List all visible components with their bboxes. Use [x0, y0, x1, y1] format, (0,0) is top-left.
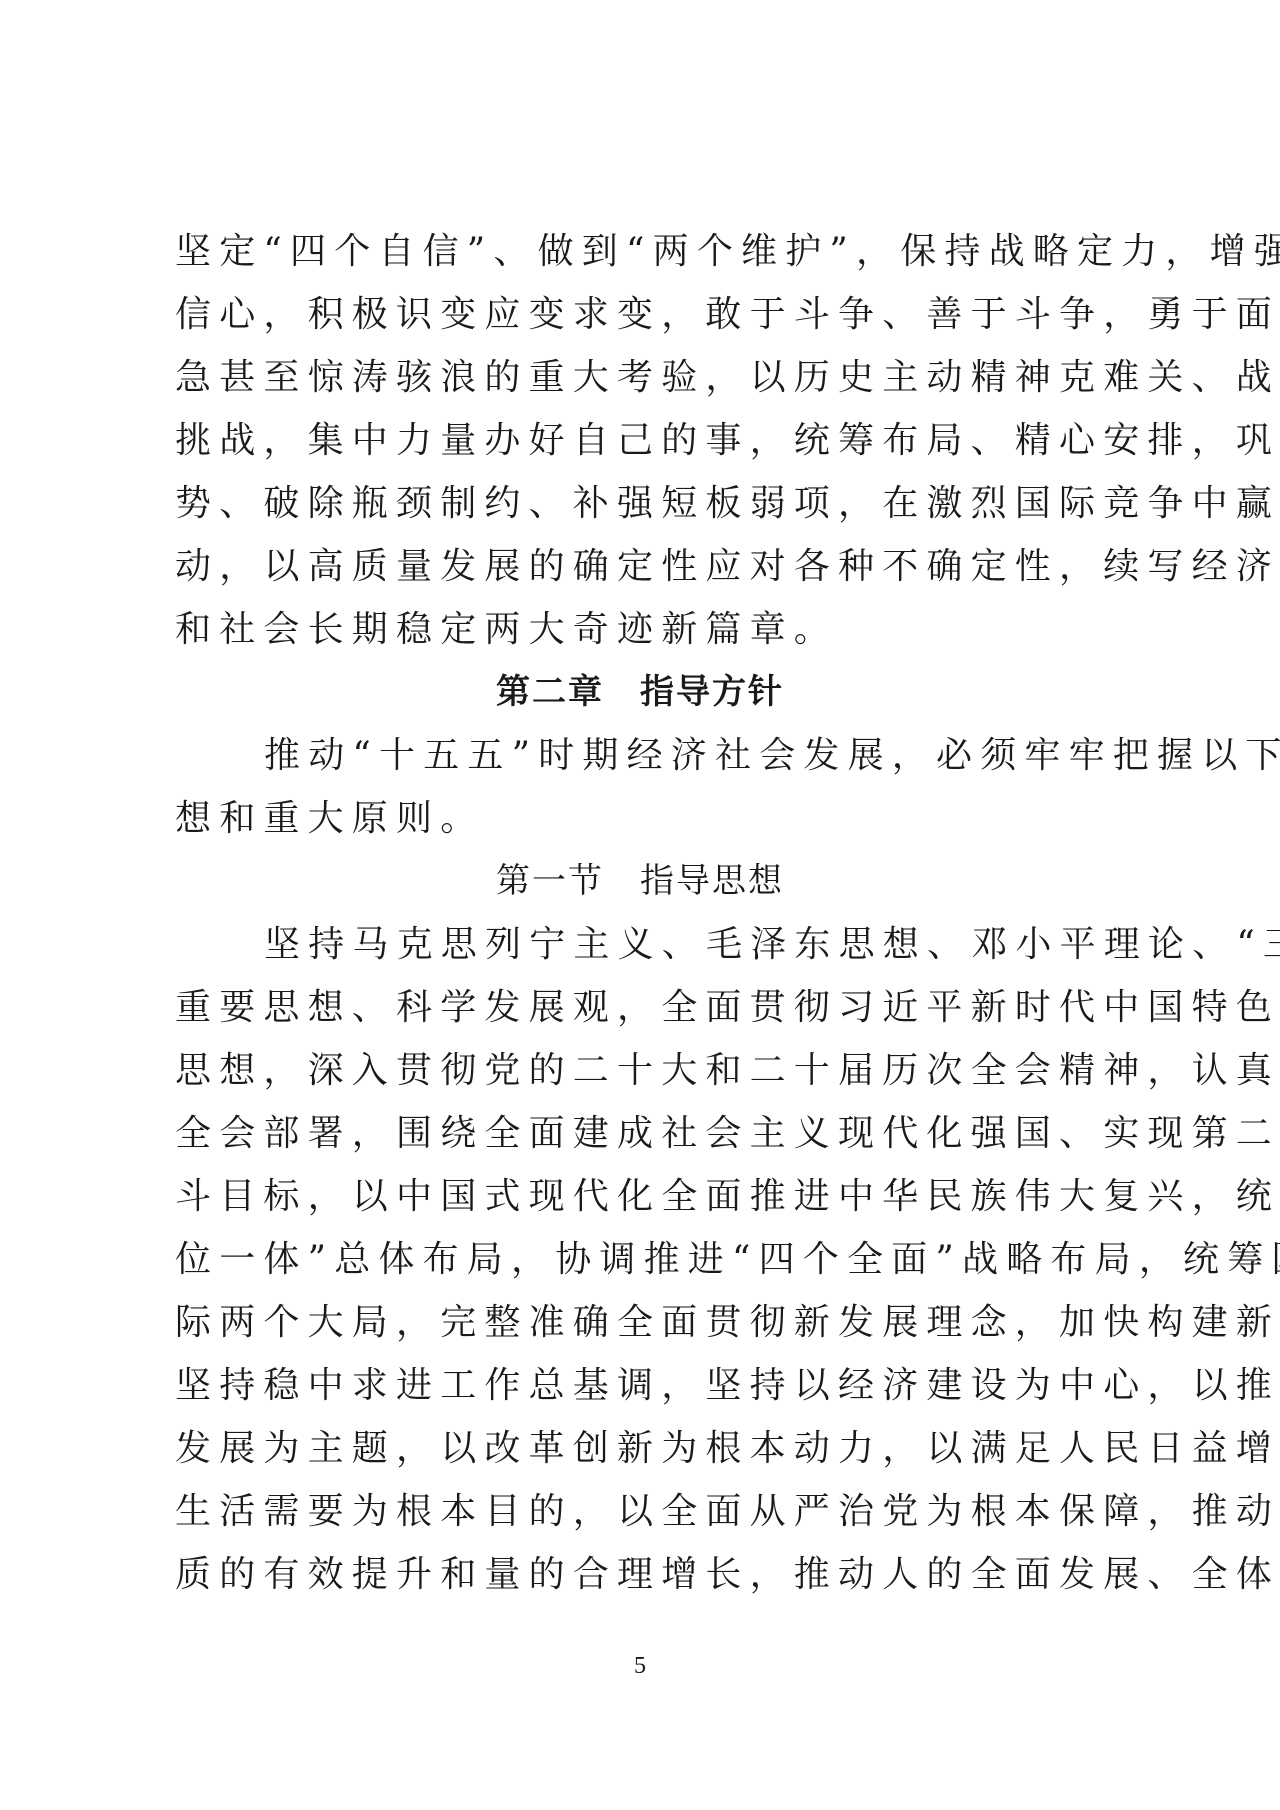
text-line: 动，以高质量发展的确定性应对各种不确定性，续写经济快速发展 — [175, 535, 1115, 598]
text-line: 坚持稳中求进工作总基调，坚持以经济建设为中心，以推动高质量 — [175, 1354, 1115, 1417]
text-line: 挑战，集中力量办好自己的事，统筹布局、精心安排，巩固拓展优 — [175, 409, 1115, 472]
text-line: 信心，积极识变应变求变，敢于斗争、善于斗争，勇于面对风高浪 — [175, 283, 1115, 346]
section-heading: 第一节 指导思想 — [0, 850, 1280, 913]
text-line: 想和重大原则。 — [175, 787, 1115, 850]
text-line: 急甚至惊涛骇浪的重大考验，以历史主动精神克难关、战风险、迎 — [175, 346, 1115, 409]
text-line: 质的有效提升和量的合理增长，推动人的全面发展、全体人民共同 — [175, 1543, 1115, 1606]
text-line: 斗目标，以中国式现代化全面推进中华民族伟大复兴，统筹推进“五 — [175, 1165, 1115, 1228]
page-number: 5 — [0, 1650, 1280, 1682]
text-line: 势、破除瓶颈制约、补强短板弱项，在激烈国际竞争中赢得战略主 — [175, 472, 1115, 535]
text-line: 重要思想、科学发展观，全面贯彻习近平新时代中国特色社会主义 — [175, 976, 1115, 1039]
text-line: 生活需要为根本目的，以全面从严治党为根本保障，推动经济实现 — [175, 1480, 1115, 1543]
text-line: 思想，深入贯彻党的二十大和二十届历次全会精神，认真落实四中 — [175, 1039, 1115, 1102]
text-line: 坚持马克思列宁主义、毛泽东思想、邓小平理论、“三个代表” — [264, 913, 1204, 976]
text-line: 位一体”总体布局，协调推进“四个全面”战略布局，统筹国内国 — [175, 1228, 1115, 1291]
text-line: 坚定“四个自信”、做到“两个维护”，保持战略定力，增强必胜 — [175, 220, 1115, 283]
text-line: 和社会长期稳定两大奇迹新篇章。 — [175, 598, 1115, 661]
text-line: 推动“十五五”时期经济社会发展，必须牢牢把握以下指导思 — [264, 724, 1204, 787]
text-line: 全会部署，围绕全面建成社会主义现代化强国、实现第二个百年奋 — [175, 1102, 1115, 1165]
chapter-heading: 第二章 指导方针 — [0, 661, 1280, 724]
text-line: 际两个大局，完整准确全面贯彻新发展理念，加快构建新发展格局， — [175, 1291, 1115, 1354]
text-line: 发展为主题，以改革创新为根本动力，以满足人民日益增长的美好 — [175, 1417, 1115, 1480]
document-page: 坚定“四个自信”、做到“两个维护”，保持战略定力，增强必胜 信心，积极识变应变求… — [0, 0, 1280, 1810]
